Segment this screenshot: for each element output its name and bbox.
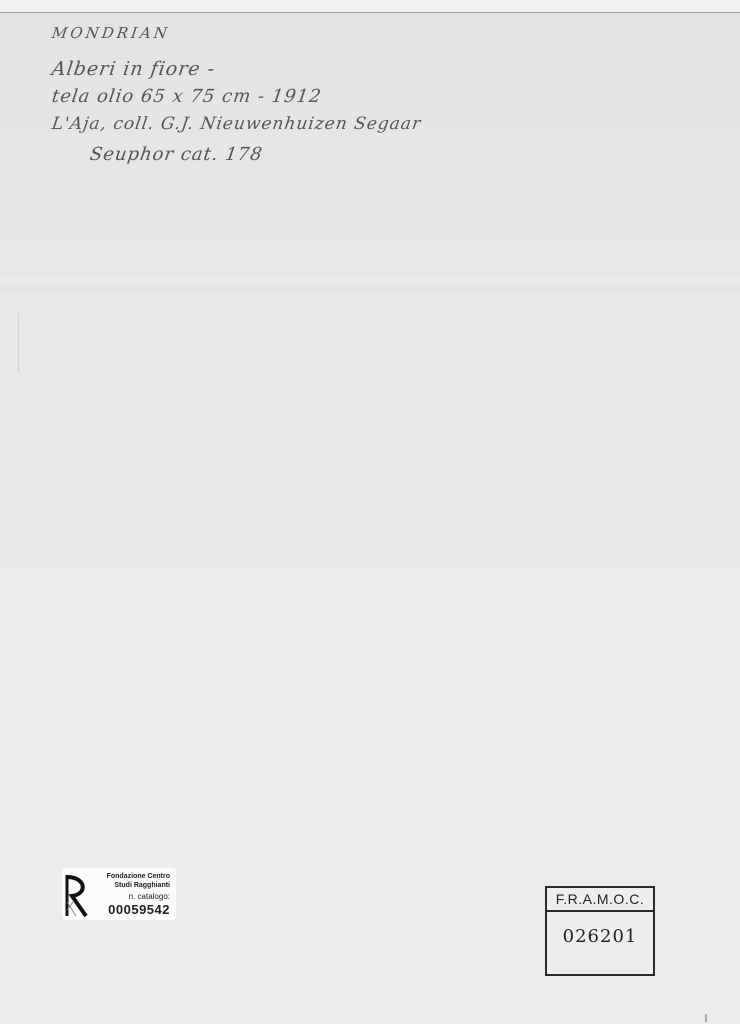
institution-line1: Fondazione Centro (107, 872, 170, 881)
archive-label-text: Fondazione Centro Studi Ragghianti n. ca… (107, 872, 170, 917)
handwritten-medium-size-year: tela olio 65 x 75 cm - 1912 (51, 86, 324, 107)
stamp-number: 026201 (547, 926, 653, 947)
handwritten-title: Alberi in fiore - (50, 58, 216, 80)
catalog-number: 00059542 (107, 902, 170, 917)
stamp-header: F.R.A.M.O.C. (547, 888, 653, 912)
framoc-stamp: F.R.A.M.O.C. 026201 (545, 886, 655, 976)
paper-fold-line (0, 278, 740, 290)
handwritten-collection: L'Aja, coll. G.J. Nieuwenhuizen Segaar (51, 114, 423, 134)
handwritten-catalog-ref: Seuphor cat. 178 (89, 144, 265, 165)
paper-speck (705, 1014, 707, 1022)
scan-top-strip (0, 0, 740, 12)
institution-line2: Studi Ragghianti (107, 881, 170, 890)
archive-label: Fondazione Centro Studi Ragghianti n. ca… (62, 868, 176, 920)
handwritten-artist: MONDRIAN (51, 24, 172, 42)
catalog-label: n. catalogo: (107, 891, 170, 902)
paper-edge-mark (18, 313, 19, 373)
r-logo-icon (64, 872, 90, 918)
